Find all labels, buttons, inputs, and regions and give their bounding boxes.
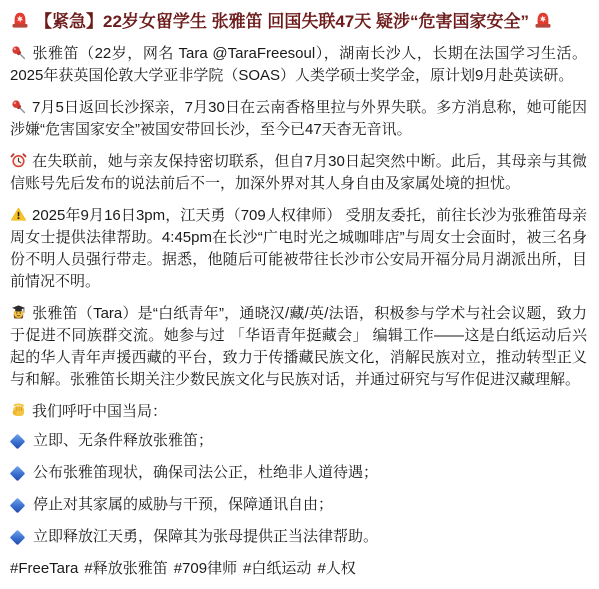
warning-icon [10,206,27,223]
blue-diamond-icon [10,465,26,481]
hashtag-line: #FreeTara#释放张雅笛#709律师#白纸运动#人权 [10,559,587,579]
intro-paragraph: 张雅笛（22岁，网名 Tara @TaraFreesoul），湖南长沙人，长期在… [10,43,587,87]
demand-item-text: 立即释放江天勇，保障其为张母提供正当法律帮助。 [33,527,378,547]
demand-item: 立即、无条件释放张雅笛； [10,431,587,451]
pushpin-icon [10,98,27,115]
raised-fist-icon [10,402,27,419]
disappearance-paragraph-text: 7月5日返回长沙探亲，7月30日在云南香格里拉与外界失联。多方消息称，她可能因涉… [10,99,587,138]
demand-item-text: 立即、无条件释放张雅笛； [33,431,213,451]
siren-icon [533,10,553,30]
appeal-heading-text: 我们呼吁中国当局： [32,403,167,420]
demand-item: 停止对其家属的威胁与干预，保障通讯自由； [10,495,587,515]
lawyer-detained-paragraph: 2025年9月16日3pm，江天勇（709人权律师） 受朋友委托，前往长沙为张雅… [10,205,587,293]
appeal-heading: 我们呼吁中国当局： [10,401,587,423]
hashtag: #白纸运动 [243,560,311,577]
contact-cutoff-paragraph-text: 在失联前，她与亲友保持密切联系，但自7月30日起突然中断。此后，其母亲与其微信账… [10,153,587,192]
background-paragraph-text: 张雅笛（Tara）是“白纸青年”，通晓汉/藏/英/法语，积极参与学术与社会议题，… [10,305,587,388]
demand-item: 公布张雅笛现状，确保司法公正，杜绝非人道待遇； [10,463,587,483]
pushpin-icon [10,44,27,61]
hashtag: #709律师 [174,560,237,577]
lawyer-detained-paragraph-text: 2025年9月16日3pm，江天勇（709人权律师） 受朋友委托，前往长沙为张雅… [10,207,587,290]
blue-diamond-icon [10,497,26,513]
post-title-text: 【紧急】22岁女留学生 张雅笛 回国失联47天 疑涉“危害国家安全” [35,12,529,31]
hashtag: #FreeTara [10,560,78,577]
contact-cutoff-paragraph: 在失联前，她与亲友保持密切联系，但自7月30日起突然中断。此后，其母亲与其微信账… [10,151,587,195]
woman-student-icon [10,304,27,321]
blue-diamond-icon [10,529,26,545]
blue-diamond-icon [10,433,26,449]
demand-item-text: 公布张雅笛现状，确保司法公正，杜绝非人道待遇； [33,463,378,483]
alarm-clock-icon [10,152,27,169]
demand-item-text: 停止对其家属的威胁与干预，保障通讯自由； [33,495,333,515]
hashtag: #释放张雅笛 [84,560,167,577]
post-title: 【紧急】22岁女留学生 张雅笛 回国失联47天 疑涉“危害国家安全” [10,9,587,35]
demand-item: 立即释放江天勇，保障其为张母提供正当法律帮助。 [10,527,587,547]
siren-icon [10,10,30,30]
intro-paragraph-text: 张雅笛（22岁，网名 Tara @TaraFreesoul），湖南长沙人，长期在… [10,45,587,84]
hashtag: #人权 [317,560,355,577]
post: 【紧急】22岁女留学生 张雅笛 回国失联47天 疑涉“危害国家安全” 张雅笛（2… [0,0,599,589]
disappearance-paragraph: 7月5日返回长沙探亲，7月30日在云南香格里拉与外界失联。多方消息称，她可能因涉… [10,97,587,141]
background-paragraph: 张雅笛（Tara）是“白纸青年”，通晓汉/藏/英/法语，积极参与学术与社会议题，… [10,303,587,391]
